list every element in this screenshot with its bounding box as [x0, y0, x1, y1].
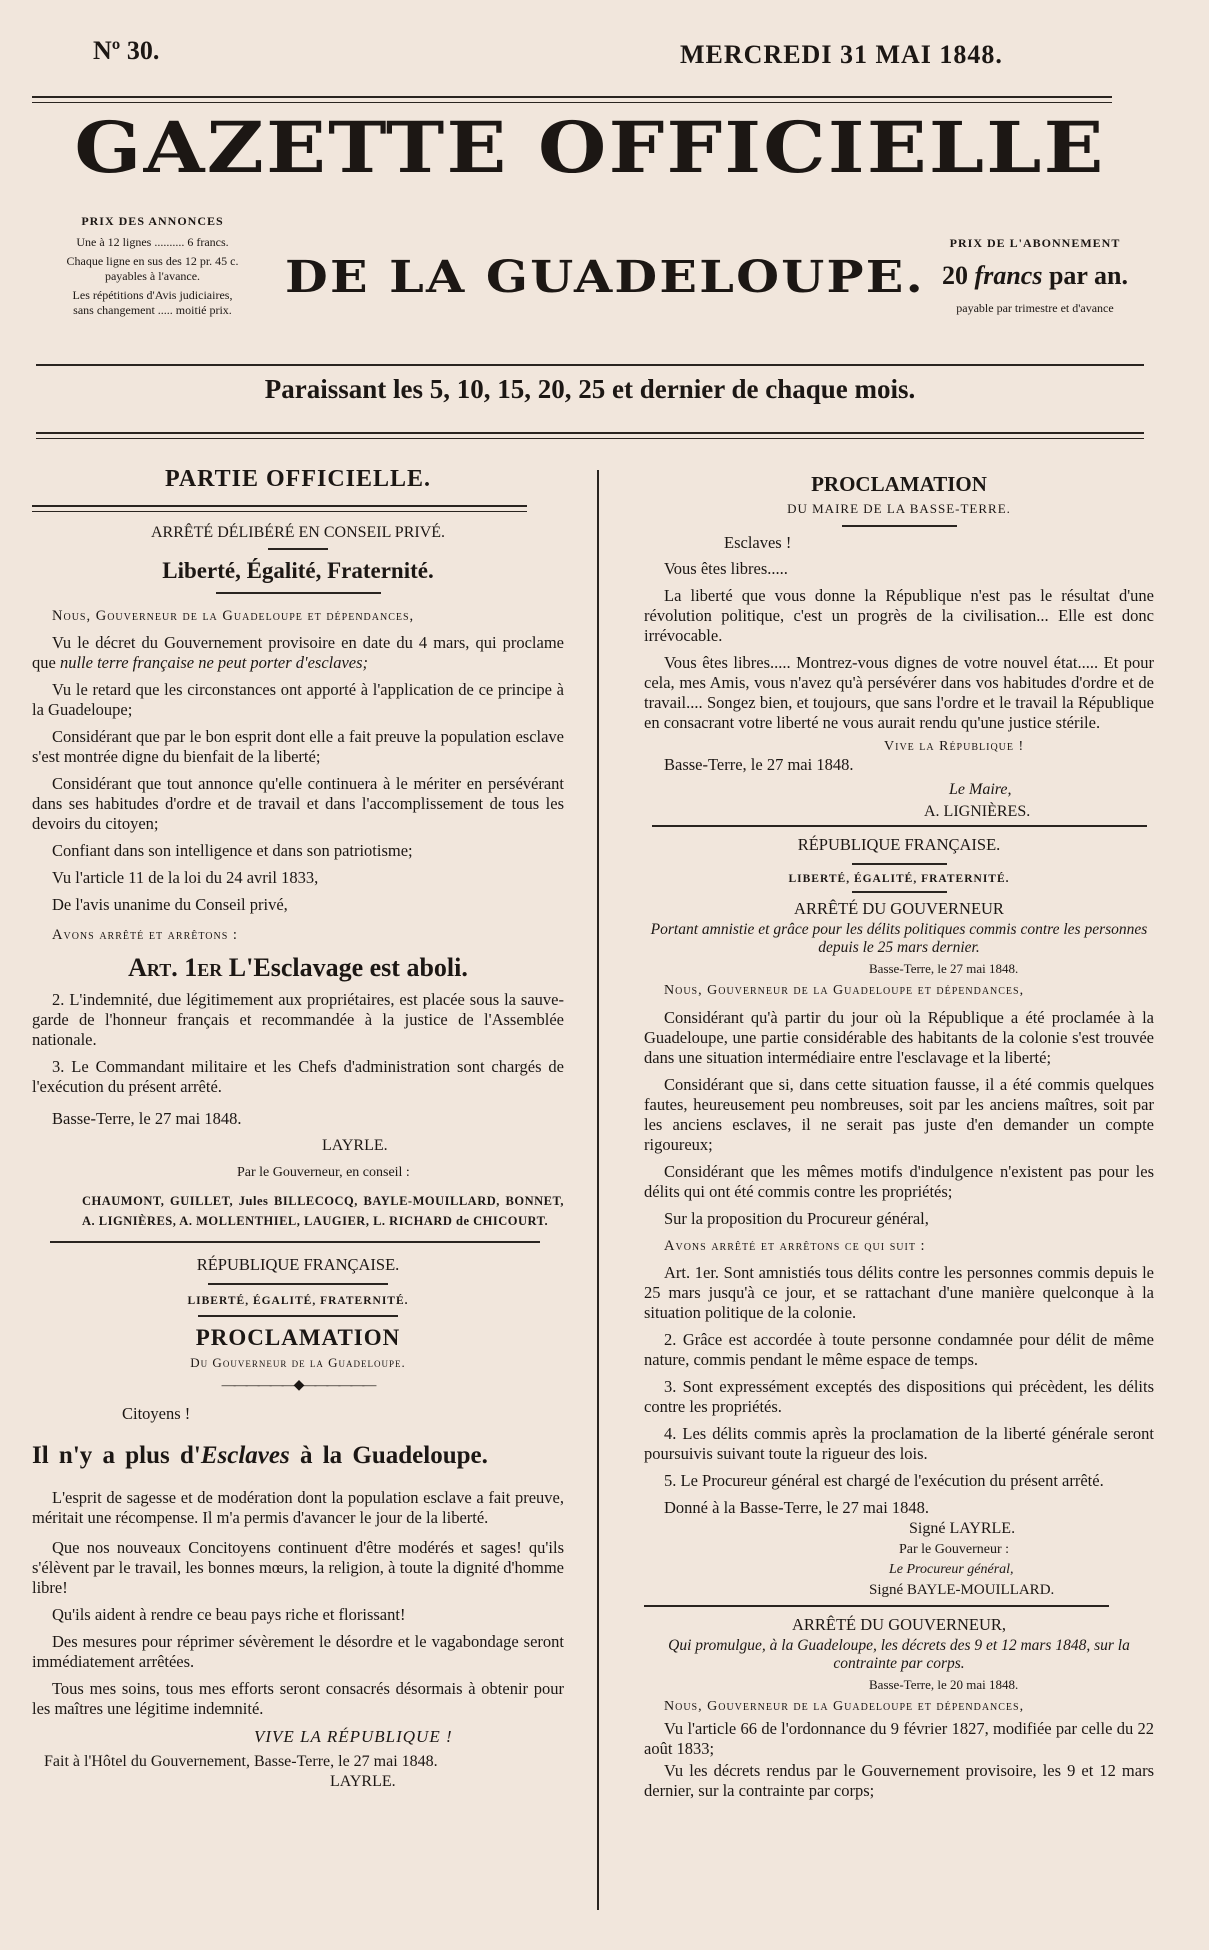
- signature: LAYRLE.: [322, 1137, 564, 1155]
- headline-pre: Il n'y a plus d': [32, 1442, 201, 1469]
- article: 5. Le Procureur général est chargé de l'…: [644, 1471, 1154, 1491]
- ad-prices-heading: PRIX DES ANNONCES: [25, 214, 280, 229]
- subscription-period: par an.: [1049, 261, 1128, 290]
- proclamation-subtitle: Du Gouverneur de la Guadeloupe.: [32, 1355, 564, 1371]
- proclamation-title: PROCLAMATION: [32, 1325, 564, 1351]
- article: 3. Sont expressément exceptés des dispos…: [644, 1377, 1154, 1417]
- arrete-1-title: ARRÊTÉ DU GOUVERNEUR: [644, 899, 1154, 919]
- section-divider: [652, 825, 1147, 827]
- headline-post: à la Guadeloupe.: [290, 1442, 488, 1469]
- article-1: Art. 1er L'Esclavage est aboli.: [32, 953, 564, 983]
- nous-line: Nous, Gouverneur de la Guadeloupe et dép…: [644, 1697, 1154, 1717]
- article: 2. Grâce est accordée à toute personne c…: [644, 1330, 1154, 1370]
- avons-arrete: Avons arrêté et arrêtons ce qui suit :: [644, 1236, 1154, 1256]
- gazette-subtitle: DE LA GUADELOUPE.: [263, 252, 946, 304]
- devise: LIBERTÉ, ÉGALITÉ, FRATERNITÉ.: [644, 873, 1154, 885]
- divider: [842, 525, 957, 527]
- proclamation-paragraph: Des mesures pour réprimer sévèrement le …: [32, 1632, 564, 1672]
- par-le-gouverneur: Par le Gouverneur :: [899, 1542, 1154, 1558]
- section-divider: [50, 1241, 540, 1243]
- ad-prices-box: PRIX DES ANNONCES Une à 12 lignes ......…: [25, 214, 280, 318]
- gazette-title: GAZETTE OFFICIELLE: [8, 108, 1173, 188]
- considerant: Vu le retard que les circonstances ont a…: [32, 680, 564, 720]
- procureur-signe: Signé BAYLE-MOUILLARD.: [869, 1582, 1154, 1599]
- motto: Liberté, Égalité, Fraternité.: [32, 558, 564, 584]
- proclamation-subtitle: DU MAIRE DE LA BASSE-TERRE.: [644, 501, 1154, 517]
- proclamation-paragraph: Tous mes soins, tous mes efforts seront …: [32, 1679, 564, 1719]
- arrete-2-title: ARRÊTÉ DU GOUVERNEUR,: [644, 1615, 1154, 1635]
- ad-price-line: Les répétitions d'Avis judiciaires,: [25, 288, 280, 303]
- devise: LIBERTÉ, ÉGALITÉ, FRATERNITÉ.: [32, 1295, 564, 1307]
- subscription-box: PRIX DE L'ABONNEMENT 20 francs par an. p…: [915, 236, 1155, 316]
- divider: [198, 1315, 398, 1317]
- arrete-1-subtitle: Portant amnistie et grâce pour les délit…: [644, 921, 1154, 957]
- divider: [208, 1283, 388, 1285]
- considerant: Sur la proposition du Procureur général,: [644, 1209, 1154, 1229]
- right-column: PROCLAMATION DU MAIRE DE LA BASSE-TERRE.…: [644, 472, 1154, 1801]
- republique-heading: RÉPUBLIQUE FRANÇAISE.: [32, 1255, 564, 1275]
- considerant: Confiant dans son intelligence et dans s…: [32, 841, 564, 861]
- column-divider: [597, 470, 599, 1910]
- decree-quote: nulle terre française ne peut porter d'e…: [60, 653, 368, 672]
- section-title: PARTIE OFFICIELLE.: [32, 466, 564, 493]
- masthead-rule-bottom: [36, 432, 1144, 439]
- divider: [268, 548, 328, 550]
- avons-arrete: Avons arrêté et arrêtons :: [32, 925, 564, 945]
- proclamation-paragraph: Vous êtes libres..... Montrez-vous digne…: [644, 653, 1154, 733]
- considerant: Vu l'article 66 de l'ordonnance du 9 fév…: [644, 1719, 1154, 1759]
- proclamation-paragraph: L'esprit de sagesse et de modération don…: [32, 1488, 564, 1528]
- article: 2. L'indemnité, due légitimement aux pro…: [32, 990, 564, 1050]
- proclamation-title: PROCLAMATION: [644, 472, 1154, 497]
- publication-schedule: Paraissant les 5, 10, 15, 20, 25 et dern…: [36, 374, 1144, 405]
- nous-line: Nous, Gouverneur de la Guadeloupe et dép…: [644, 981, 1154, 1001]
- considerant: Vu les décrets rendus par le Gouvernemen…: [644, 1761, 1154, 1801]
- considerant: Considérant que si, dans cette situation…: [644, 1075, 1154, 1155]
- divider: [852, 891, 947, 893]
- headline-italic: Esclaves: [201, 1442, 290, 1469]
- council-members: CHAUMONT, GUILLET, Jules BILLECOCQ, BAYL…: [82, 1191, 564, 1231]
- ornament-divider: ——————◆——————: [32, 1377, 564, 1394]
- maire-title: Le Maire,: [949, 781, 1154, 799]
- subscription-price: 20 francs par an.: [915, 261, 1155, 291]
- donne-line: Donné à la Basse-Terre, le 27 mai 1848.: [644, 1498, 1154, 1518]
- signature-2: LAYRLE.: [330, 1773, 564, 1791]
- article-1-text: L'Esclavage est aboli.: [229, 953, 468, 982]
- divider: [852, 863, 947, 865]
- masthead-rule-top: [32, 96, 1112, 103]
- left-column: PARTIE OFFICIELLE. ARRÊTÉ DÉLIBÉRÉ EN CO…: [32, 466, 564, 1791]
- subscription-terms: payable par trimestre et d'avance: [915, 301, 1155, 316]
- subscription-amount: 20: [942, 261, 968, 290]
- headline: Il n'y a plus d'Esclaves à la Guadeloupe…: [32, 1442, 564, 1470]
- ad-price-line: sans changement ..... moitié prix.: [25, 303, 280, 318]
- section-divider: [644, 1605, 1109, 1607]
- signe-layrle: Signé LAYRLE.: [909, 1520, 1154, 1538]
- article: Art. 1er. Sont amnistiés tous délits con…: [644, 1263, 1154, 1323]
- place-date: Basse-Terre, le 27 mai 1848.: [664, 755, 1154, 775]
- ad-price-line: Une à 12 lignes .......... 6 francs.: [25, 235, 280, 250]
- arrete-2-place-date: Basse-Terre, le 20 mai 1848.: [869, 1677, 1154, 1693]
- article-1-label: Art. 1er: [128, 953, 222, 982]
- republique-heading: RÉPUBLIQUE FRANÇAISE.: [644, 835, 1154, 855]
- proclamation-paragraph: Que nos nouveaux Concitoyens continuent …: [32, 1538, 564, 1598]
- ad-price-line: payables à l'avance.: [25, 269, 280, 284]
- considerant: Vu le décret du Gouvernement provisoire …: [32, 633, 564, 673]
- salutation: Esclaves !: [724, 533, 1154, 553]
- divider: [216, 592, 381, 594]
- vive-la-republique: VIVE LA RÉPUBLIQUE !: [254, 1727, 564, 1747]
- considerant: Vu l'article 11 de la loi du 24 avril 18…: [32, 868, 564, 888]
- section-rule: [32, 505, 527, 512]
- article: 4. Les délits commis après la proclamati…: [644, 1424, 1154, 1464]
- maire-name: A. LIGNIÈRES.: [924, 803, 1154, 821]
- arrete-2-subtitle: Qui promulgue, à la Guadeloupe, les décr…: [644, 1637, 1154, 1673]
- par-le-gouverneur: Par le Gouverneur, en conseil :: [237, 1165, 564, 1181]
- vive-la-republique: Vive la République !: [884, 739, 1154, 755]
- ad-price-line: Chaque ligne en sus des 12 pr. 45 c.: [25, 254, 280, 269]
- considerant: De l'avis unanime du Conseil privé,: [32, 895, 564, 915]
- proclamation-paragraph: Vous êtes libres.....: [644, 559, 1154, 579]
- proclamation-paragraph: Qu'ils aident à rendre ce beau pays rich…: [32, 1605, 564, 1625]
- salutation: Citoyens !: [122, 1404, 564, 1424]
- masthead-rule-mid: [36, 364, 1144, 366]
- issue-date: MERCREDI 31 MAI 1848.: [680, 40, 1003, 70]
- proclamation-paragraph: La liberté que vous donne la République …: [644, 586, 1154, 646]
- considerant: Considérant que par le bon esprit dont e…: [32, 727, 564, 767]
- article: 3. Le Commandant militaire et les Chefs …: [32, 1057, 564, 1097]
- subscription-heading: PRIX DE L'ABONNEMENT: [915, 236, 1155, 251]
- arrete-heading: ARRÊTÉ DÉLIBÉRÉ EN CONSEIL PRIVÉ.: [32, 524, 564, 542]
- considerant: Considérant que tout annonce qu'elle con…: [32, 774, 564, 834]
- nous-line: Nous, Gouverneur de la Guadeloupe et dép…: [32, 606, 564, 626]
- issue-number: Nº 30.: [93, 36, 159, 66]
- fait-line: Fait à l'Hôtel du Gouvernement, Basse-Te…: [44, 1753, 564, 1771]
- considerant: Considérant que les mêmes motifs d'indul…: [644, 1162, 1154, 1202]
- arrete-1-place-date: Basse-Terre, le 27 mai 1848.: [869, 961, 1154, 977]
- subscription-unit: francs: [975, 261, 1043, 290]
- procureur-title: Le Procureur général,: [889, 1562, 1154, 1578]
- place-date: Basse-Terre, le 27 mai 1848.: [32, 1109, 564, 1129]
- considerant: Considérant qu'à partir du jour où la Ré…: [644, 1008, 1154, 1068]
